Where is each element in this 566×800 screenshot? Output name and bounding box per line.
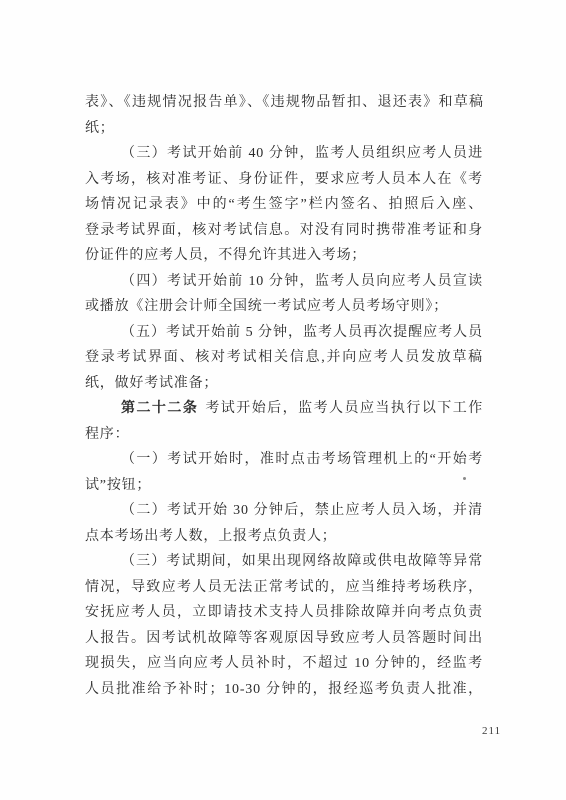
line-text: 现损失，应当向应考人员补时，不超过 10 分钟的，经监考 xyxy=(85,656,483,671)
line-text: 表》、《违规情况报告单》、《违规物品暂扣、退还表》和草稿 xyxy=(85,95,483,110)
line-text: （一）考试开始时，准时点击考场管理机上的“开始考 xyxy=(121,452,483,467)
clause-heading: 第二十二条 xyxy=(121,401,198,416)
text-line: 入考场，核对准考证、身份证件，要求应考人员本人在《考 xyxy=(85,167,483,193)
text-line: 登录考试界面、核对考试相关信息,并向应考人员发放草稿 xyxy=(85,345,483,371)
text-line: 纸； xyxy=(85,116,483,142)
text-line: 登录考试界面，核对考试信息。对没有同时携带准考证和身 xyxy=(85,218,483,244)
text-line: 纸，做好考试准备； xyxy=(85,371,483,397)
line-text: （四）考试开始前 10 分钟，监考人员向应考人员宣读 xyxy=(121,274,483,289)
text-line: （三）考试开始前 40 分钟，监考人员组织应考人员进 xyxy=(85,141,483,167)
document-page: 表》、《违规情况报告单》、《违规物品暂扣、退还表》和草稿 纸； （三）考试开始前… xyxy=(0,0,566,800)
text-line: （五）考试开始前 5 分钟，监考人员再次提醒应考人员 xyxy=(85,320,483,346)
line-text: 考试开始后，监考人员应当执行以下工作 xyxy=(205,401,483,416)
text-line: 安抚应考人员，立即请技术支持人员排除故障并向考点负责 xyxy=(85,600,483,626)
line-text: 或播放《注册会计师全国统一考试应考人员考场守则》； xyxy=(85,299,448,314)
text-line: 现损失，应当向应考人员补时，不超过 10 分钟的，经监考 xyxy=(85,651,483,677)
text-line: （三）考试期间，如果出现网络故障或供电故障等异常 xyxy=(85,549,483,575)
line-text: （二）考试开始 30 分钟后，禁止应考人员入场，并清 xyxy=(121,503,483,518)
line-text: （三）考试开始前 40 分钟，监考人员组织应考人员进 xyxy=(121,146,483,161)
line-text: 登录考试界面、核对考试相关信息,并向应考人员发放草稿 xyxy=(85,350,483,365)
line-text: 入考场，核对准考证、身份证件，要求应考人员本人在《考 xyxy=(85,172,483,187)
page-number: 211 xyxy=(482,725,501,737)
text-line: 或播放《注册会计师全国统一考试应考人员考场守则》； xyxy=(85,294,483,320)
line-text: 登录考试界面，核对考试信息。对没有同时携带准考证和身 xyxy=(85,223,483,238)
text-line: 程序： xyxy=(85,422,483,448)
text-line: 表》、《违规情况报告单》、《违规物品暂扣、退还表》和草稿 xyxy=(85,90,483,116)
text-line clause-heading-line: 第二十二条考试开始后，监考人员应当执行以下工作 xyxy=(85,396,483,422)
line-text: 程序： xyxy=(85,427,129,442)
line-text: 纸，做好考试准备； xyxy=(85,376,218,391)
text-line: （二）考试开始 30 分钟后，禁止应考人员入场，并清 xyxy=(85,498,483,524)
text-line: 场情况记录表》中的“考生签字”栏内签名、拍照后入座、 xyxy=(85,192,483,218)
line-text: 纸； xyxy=(85,121,115,136)
text-line: （一）考试开始时，准时点击考场管理机上的“开始考 xyxy=(85,447,483,473)
line-text: （三）考试期间，如果出现网络故障或供电故障等异常 xyxy=(121,554,483,569)
line-text: 人员批准给予补时；10-30 分钟的，报经巡考负责人批准， xyxy=(85,682,483,697)
line-text: 点本考场出考人数，上报考点负责人； xyxy=(85,529,337,544)
line-text: 份证件的应考人员，不得允许其进入考场； xyxy=(85,248,366,263)
text-line: 人报告。因考试机故障等客观原因导致应考人员答题时间出 xyxy=(85,626,483,652)
line-text: 试”按钮； xyxy=(85,478,151,493)
text-line: （四）考试开始前 10 分钟，监考人员向应考人员宣读 xyxy=(85,269,483,295)
line-text: 场情况记录表》中的“考生签字”栏内签名、拍照后入座、 xyxy=(85,197,483,212)
line-text: （五）考试开始前 5 分钟，监考人员再次提醒应考人员 xyxy=(121,325,483,340)
text-line: 点本考场出考人数，上报考点负责人； xyxy=(85,524,483,550)
text-line: 试”按钮； xyxy=(85,473,483,499)
scan-speckle xyxy=(463,477,466,480)
line-text: 安抚应考人员，立即请技术支持人员排除故障并向考点负责 xyxy=(85,605,483,620)
text-line: 人员批准给予补时；10-30 分钟的，报经巡考负责人批准， xyxy=(85,677,483,703)
text-line: 份证件的应考人员，不得允许其进入考场； xyxy=(85,243,483,269)
line-text: 情况，导致应考人员无法正常考试的，应当维持考场秩序， xyxy=(85,580,483,595)
body-text: 表》、《违规情况报告单》、《违规物品暂扣、退还表》和草稿 纸； （三）考试开始前… xyxy=(85,90,483,702)
text-line: 情况，导致应考人员无法正常考试的，应当维持考场秩序， xyxy=(85,575,483,601)
line-text: 人报告。因考试机故障等客观原因导致应考人员答题时间出 xyxy=(85,631,483,646)
